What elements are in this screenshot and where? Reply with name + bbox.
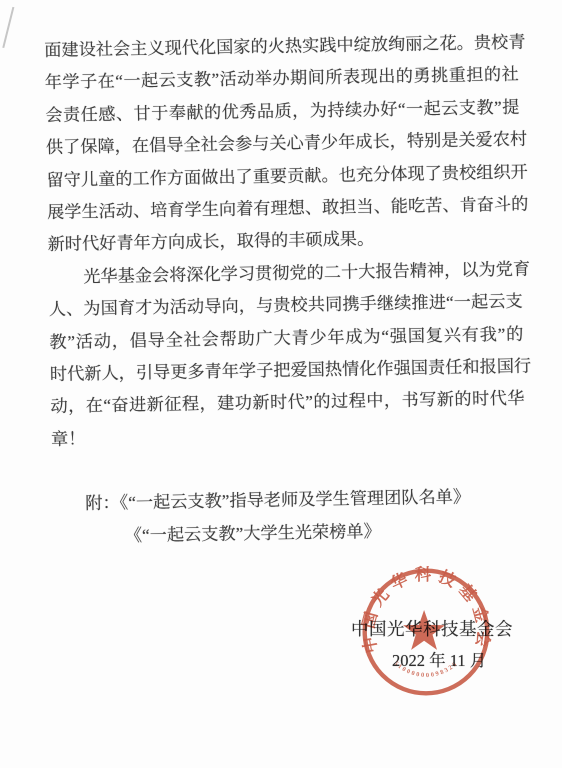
official-seal: 中国光华科技基金会 51000000098326: [358, 564, 494, 700]
attachments-block: 附：《“一起云支教”指导老师及学生管理团队名单》 《“一起云支教”大学生光荣榜单…: [85, 479, 526, 553]
attachment-label: 附：: [85, 493, 120, 513]
letter-body: 面建设社会主义现代化国家的火热实践中绽放绚丽之花。贵校青 年学子在“一起云支教”…: [44, 27, 525, 456]
paper-corner-edge-line: [2, 7, 14, 48]
attachment-item: 《“一起云支教”大学生光荣榜单》: [86, 512, 527, 553]
scanned-letter-page: 面建设社会主义现代化国家的火热实践中绽放绚丽之花。贵校青 年学子在“一起云支教”…: [0, 0, 562, 768]
seal-star: [403, 610, 445, 650]
seal-code: 51000000098326: [392, 660, 459, 679]
attachment-item: 《“一起云支教”指导老师及学生管理团队名单》: [120, 487, 471, 512]
seal-code-holder: 51000000098326: [392, 660, 459, 679]
